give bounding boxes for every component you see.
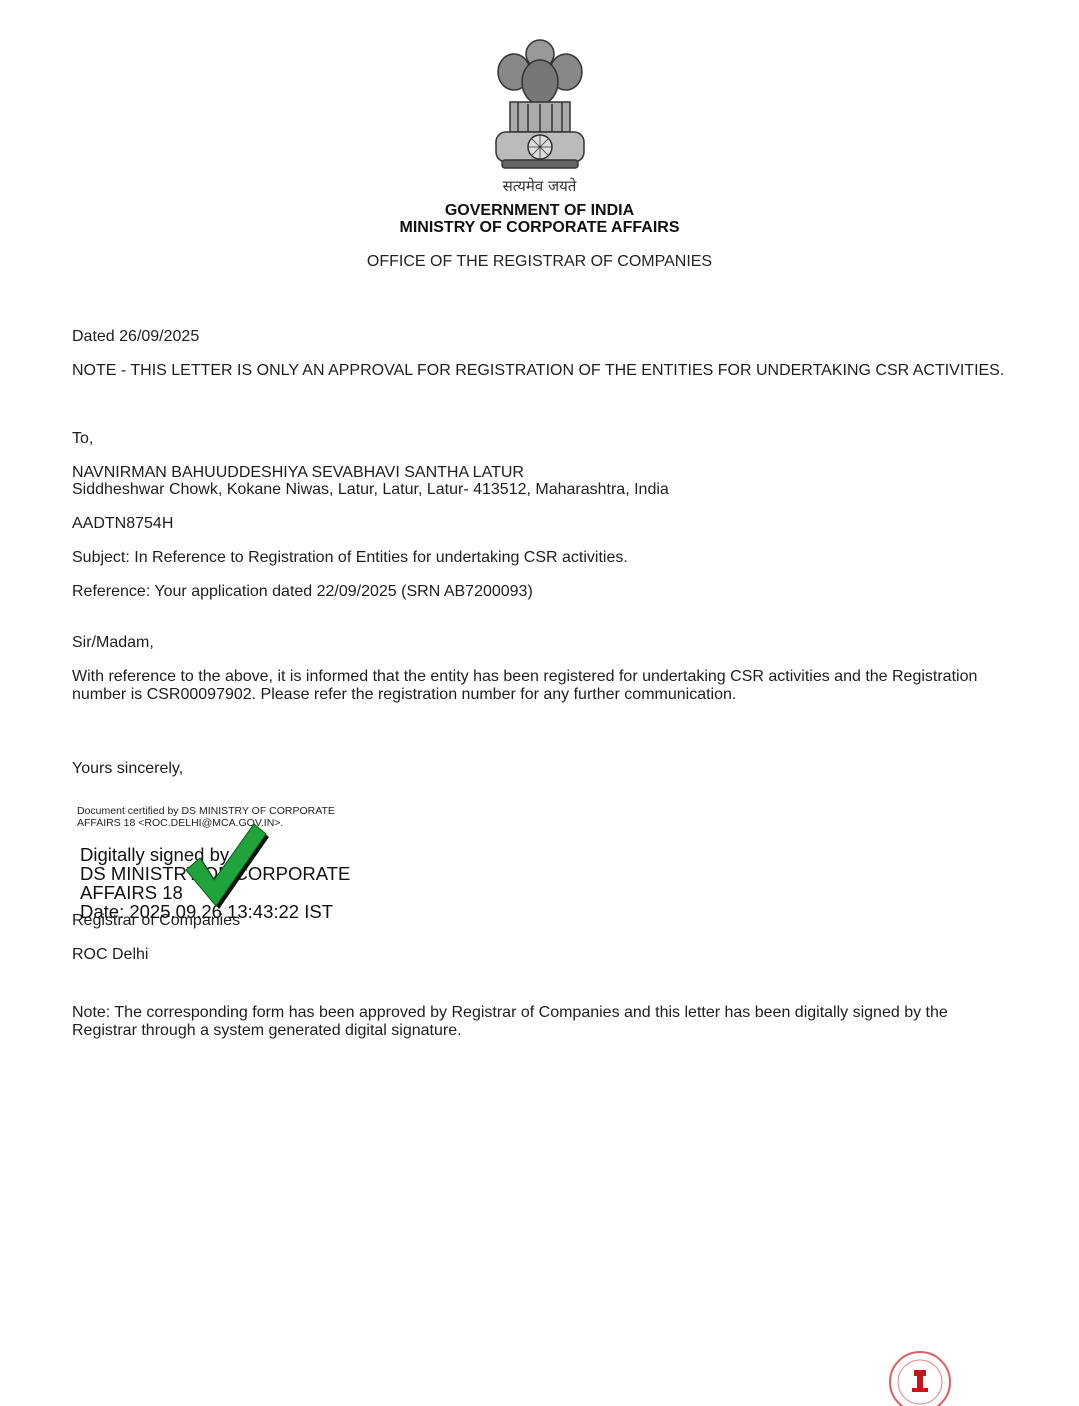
salutation: Sir/Madam, xyxy=(72,634,154,652)
signatory-office: ROC Delhi xyxy=(72,946,148,964)
approval-note: NOTE - THIS LETTER IS ONLY AN APPROVAL F… xyxy=(72,362,1012,380)
body-paragraph: With reference to the above, it is infor… xyxy=(72,668,1012,704)
signature-valid-check-icon xyxy=(180,818,270,918)
footer-note: Note: The corresponding form has been ap… xyxy=(72,1004,1012,1040)
office-heading: OFFICE OF THE REGISTRAR OF COMPANIES xyxy=(0,253,1079,271)
pan-number: AADTN8754H xyxy=(72,515,173,533)
to-label: To, xyxy=(72,430,93,448)
reference-line: Reference: Your application dated 22/09/… xyxy=(72,583,533,601)
ministry-heading: MINISTRY OF CORPORATE AFFAIRS xyxy=(0,219,1079,237)
national-emblem-icon xyxy=(488,32,592,172)
letter-date: Dated 26/09/2025 xyxy=(72,328,199,346)
recipient-address: Siddheshwar Chowk, Kokane Niwas, Latur, … xyxy=(72,481,669,499)
subject-line: Subject: In Reference to Registration of… xyxy=(72,549,628,567)
recipient-name: NAVNIRMAN BAHUUDDESHIYA SEVABHAVI SANTHA… xyxy=(72,464,524,482)
national-motto: सत्यमेव जयते xyxy=(0,176,1079,196)
government-heading: GOVERNMENT OF INDIA xyxy=(0,202,1079,220)
closing: Yours sincerely, xyxy=(72,760,183,778)
mca-office-seal-icon xyxy=(884,1350,956,1406)
